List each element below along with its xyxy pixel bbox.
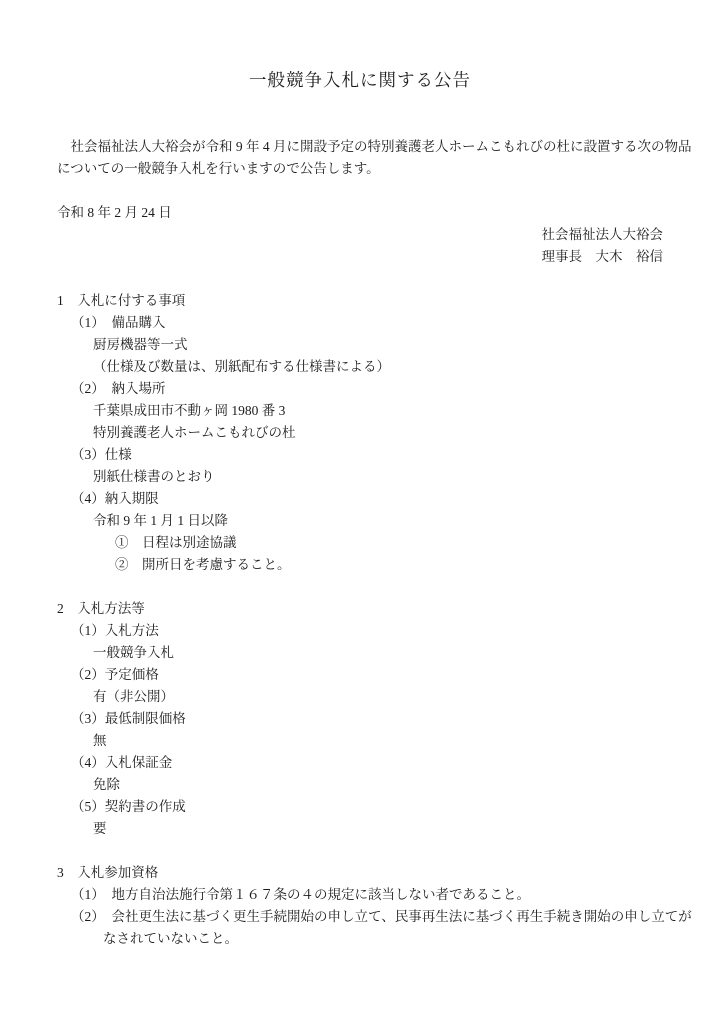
section-1-item-2-label: （2） 納入場所 [57, 378, 663, 400]
spacer-line [57, 180, 663, 202]
intro-line-2: についての一般競争入札を行いますので公告します。 [57, 158, 663, 180]
section-3-item-1: （1） 地方自治法施行令第１６７条の４の規定に該当しない者であること。 [57, 884, 663, 906]
section-1-item-2-address: 千葉県成田市不動ヶ岡 1980 番 3 [57, 400, 663, 422]
section-1-item-4-content: 令和 9 年 1 月 1 日以降 [57, 510, 663, 532]
spacer-line [57, 268, 663, 290]
document-title: 一般競争入札に関する公告 [57, 66, 663, 94]
section-1-item-1-content: 厨房機器等一式 [57, 334, 663, 356]
section-2-item-1-label: （1）入札方法 [57, 620, 663, 642]
section-2-heading: 2 入札方法等 [57, 598, 663, 620]
section-2-item-4-content: 免除 [57, 774, 663, 796]
section-3-heading: 3 入札参加資格 [57, 862, 663, 884]
spacer-line [57, 840, 663, 862]
section-1-subitem-2: ② 開所日を考慮すること。 [57, 554, 663, 576]
issuer-organization: 社会福祉法人大裕会 [57, 224, 663, 246]
section-3-item-2-line-1: （2） 会社更生法に基づく更生手続開始の申し立て、民事再生法に基づく再生手続き開… [57, 906, 663, 928]
spacer-line [57, 576, 663, 598]
section-2-item-2-label: （2）予定価格 [57, 664, 663, 686]
section-1-item-4-label: （4）納入期限 [57, 488, 663, 510]
section-1-item-2-facility: 特別養護老人ホームこもれびの杜 [57, 422, 663, 444]
title-spacer [57, 94, 663, 136]
section-2-item-3-label: （3）最低制限価格 [57, 708, 663, 730]
section-1-heading: 1 入札に付する事項 [57, 290, 663, 312]
notice-page: 一般競争入札に関する公告 社会福祉法人大裕会が令和 9 年 4 月に開設予定の特… [0, 0, 724, 1024]
section-3-item-2-line-2: なされていないこと。 [57, 928, 663, 950]
section-1-item-3-content: 別紙仕様書のとおり [57, 466, 663, 488]
section-2-item-2-content: 有（非公開） [57, 686, 663, 708]
intro-line-1: 社会福祉法人大裕会が令和 9 年 4 月に開設予定の特別養護老人ホームこもれびの… [57, 136, 663, 158]
section-1-item-1-label: （1） 備品購入 [57, 312, 663, 334]
section-1-item-1-note: （仕様及び数量は、別紙配布する仕様書による） [57, 356, 663, 378]
issuer-representative: 理事長 大木 裕信 [57, 246, 663, 268]
section-2-item-4-label: （4）入札保証金 [57, 752, 663, 774]
section-1-item-3-label: （3）仕様 [57, 444, 663, 466]
section-2-item-5-label: （5）契約書の作成 [57, 796, 663, 818]
notice-date: 令和 8 年 2 月 24 日 [57, 202, 663, 224]
section-2-item-5-content: 要 [57, 818, 663, 840]
section-2-item-1-content: 一般競争入札 [57, 642, 663, 664]
section-2-item-3-content: 無 [57, 730, 663, 752]
section-1-subitem-1: ① 日程は別途協議 [57, 532, 663, 554]
